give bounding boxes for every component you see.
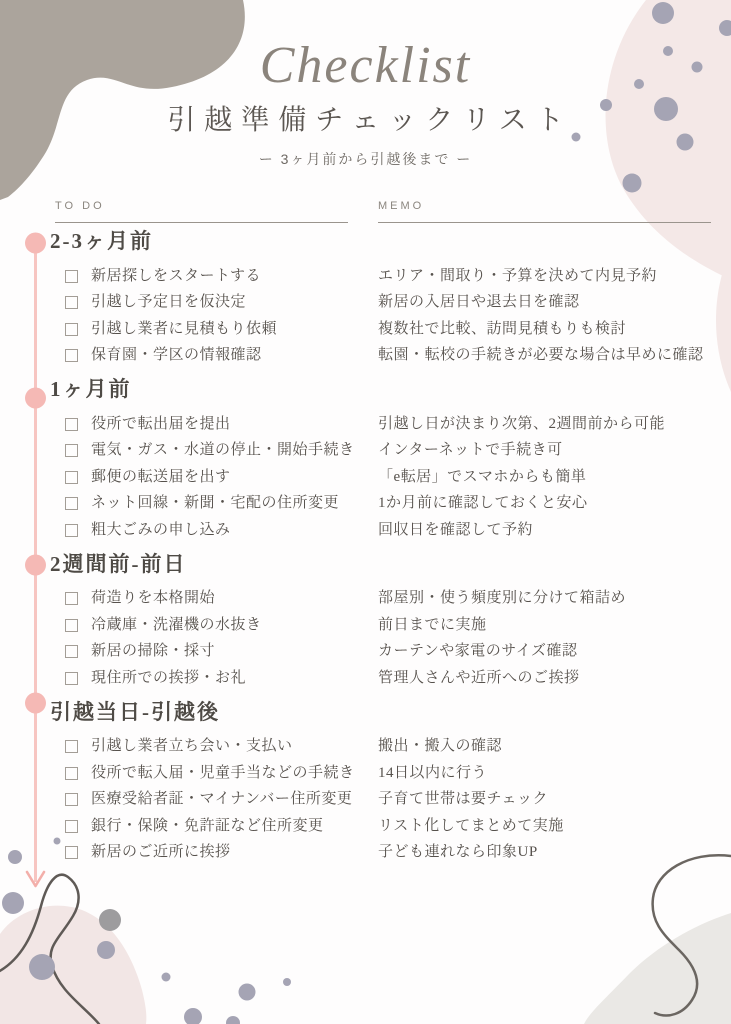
task-cell: 現住所での挨拶・お礼 [50,671,378,686]
item-task: 電気・ガス・水道の停止・開始手続き [91,443,355,458]
page-header: Checklist 引越準備チェックリスト ー 3ヶ月前から引越後まで ー [0,38,731,169]
item-task: 引越し業者に見積もり依頼 [91,322,277,337]
item-checkbox[interactable] [65,740,78,753]
item-memo: 新居の入居日や退去日を確認 [378,295,711,310]
item-task: 引越し予定日を仮決定 [91,295,246,310]
section-title: 引越当日-引越後 [50,700,711,724]
task-cell: 冷蔵庫・洗濯機の水抜き [50,618,378,633]
item-checkbox[interactable] [65,296,78,309]
item-memo: 部屋別・使う頻度別に分けて箱詰め [378,591,711,606]
task-cell: 引越し業者に見積もり依頼 [50,322,378,337]
section-title: 2週間前-前日 [50,552,711,576]
item-memo: 1か月前に確認しておくと安心 [378,496,711,511]
item-task: 新居のご近所に挨拶 [91,845,231,860]
section-rows: 新居探しをスタートする エリア・間取り・予算を決めて内見予約 引越し予定日を仮決… [50,263,711,369]
section-rows: 役所で転出届を提出 引越し日が決まり次第、2週間前から可能 電気・ガス・水道の停… [50,411,711,544]
item-task: 引越し業者立ち会い・支払い [91,739,293,754]
page-title: 引越準備チェックリスト [0,98,731,138]
task-cell: ネット回線・新聞・宅配の住所変更 [50,496,378,511]
item-checkbox[interactable] [65,270,78,283]
item-checkbox[interactable] [65,444,78,457]
section-rows: 引越し業者立ち会い・支払い 搬出・搬入の確認 役所で転入届・児童手当などの手続き… [50,734,711,867]
item-checkbox[interactable] [65,820,78,833]
item-memo: 引越し日が決まり次第、2週間前から可能 [378,417,711,432]
task-cell: 粗大ごみの申し込み [50,523,378,538]
item-task: 新居の掃除・採寸 [91,644,215,659]
checklist-row: 引越し予定日を仮決定 新居の入居日や退去日を確認 [50,290,711,317]
item-task: 医療受給者証・マイナンバー住所変更 [91,792,352,807]
task-cell: 役所で転入届・児童手当などの手続き [50,766,378,781]
item-task: 役所で転入届・児童手当などの手続き [91,766,355,781]
task-cell: 保育園・学区の情報確認 [50,348,378,363]
item-memo: 搬出・搬入の確認 [378,739,711,754]
item-task: 新居探しをスタートする [91,269,261,284]
item-checkbox[interactable] [65,619,78,632]
column-header-memo: MEMO [378,200,711,223]
item-memo: 前日までに実施 [378,618,711,633]
checklist-row: 現住所での挨拶・お礼 管理人さんや近所へのご挨拶 [50,665,711,692]
timeline-dot [25,555,46,576]
checklist-section: 引越当日-引越後 引越し業者立ち会い・支払い 搬出・搬入の確認 役所で転入届・児… [50,700,711,867]
task-cell: 新居の掃除・採寸 [50,644,378,659]
checklist-row: 新居探しをスタートする エリア・間取り・予算を決めて内見予約 [50,263,711,290]
checklist-section: 2週間前-前日 荷造りを本格開始 部屋別・使う頻度別に分けて箱詰め 冷蔵庫・洗濯… [50,552,711,692]
timeline-dot [25,233,46,254]
item-checkbox[interactable] [65,418,78,431]
item-checkbox[interactable] [65,672,78,685]
task-cell: 銀行・保険・免許証など住所変更 [50,819,378,834]
checklist-row: 新居の掃除・採寸 カーテンや家電のサイズ確認 [50,639,711,666]
sections: 2-3ヶ月前 新居探しをスタートする エリア・間取り・予算を決めて内見予約 引越… [50,229,711,874]
task-cell: 役所で転出届を提出 [50,417,378,432]
item-memo: 管理人さんや近所へのご挨拶 [378,671,711,686]
checklist-row: 電気・ガス・水道の停止・開始手続き インターネットで手続き可 [50,438,711,465]
checklist-row: 郵便の転送届を出す 「e転居」でスマホからも簡単 [50,464,711,491]
item-memo: エリア・間取り・予算を決めて内見予約 [378,269,711,284]
item-task: 役所で転出届を提出 [91,417,231,432]
section-title: 2-3ヶ月前 [50,229,711,253]
item-memo: 複数社で比較、訪問見積もりも検討 [378,322,711,337]
item-memo: リスト化してまとめて実施 [378,819,711,834]
item-task: 保育園・学区の情報確認 [91,348,262,363]
item-memo: 「e転居」でスマホからも簡単 [378,470,711,485]
blush-blob-bottom-left [0,906,146,1024]
item-task: 粗大ごみの申し込み [91,523,231,538]
item-memo: カーテンや家電のサイズ確認 [378,644,711,659]
item-checkbox[interactable] [65,846,78,859]
checklist-row: 新居のご近所に挨拶 子ども連れなら印象UP [50,840,711,867]
task-cell: 引越し業者立ち会い・支払い [50,739,378,754]
task-cell: 新居のご近所に挨拶 [50,845,378,860]
item-checkbox[interactable] [65,471,78,484]
checklist-row: 荷造りを本格開始 部屋別・使う頻度別に分けて箱詰め [50,586,711,613]
item-memo: 子育て世帯は要チェック [378,792,711,807]
item-checkbox[interactable] [65,497,78,510]
task-cell: 荷造りを本格開始 [50,591,378,606]
item-checkbox[interactable] [65,645,78,658]
item-task: ネット回線・新聞・宅配の住所変更 [91,496,339,511]
task-cell: 電気・ガス・水道の停止・開始手続き [50,443,378,458]
item-memo: インターネットで手続き可 [378,443,711,458]
page-subtitle: ー 3ヶ月前から引越後まで ー [0,149,731,169]
task-cell: 郵便の転送届を出す [50,470,378,485]
item-checkbox[interactable] [65,767,78,780]
timeline-dot [25,388,46,409]
item-checkbox[interactable] [65,793,78,806]
task-cell: 引越し予定日を仮決定 [50,295,378,310]
timeline [25,233,46,887]
item-task: 銀行・保険・免許証など住所変更 [91,819,324,834]
checklist-row: 冷蔵庫・洗濯機の水抜き 前日までに実施 [50,612,711,639]
section-rows: 荷造りを本格開始 部屋別・使う頻度別に分けて箱詰め 冷蔵庫・洗濯機の水抜き 前日… [50,586,711,692]
checklist-row: 役所で転出届を提出 引越し日が決まり次第、2週間前から可能 [50,411,711,438]
timeline-dot [25,693,46,714]
column-header-todo: TO DO [55,200,348,223]
script-title: Checklist [0,38,731,94]
item-task: 荷造りを本格開始 [91,591,215,606]
checklist-row: 引越し業者に見積もり依頼 複数社で比較、訪問見積もりも検討 [50,316,711,343]
checklist-row: 粗大ごみの申し込み 回収日を確認して予約 [50,517,711,544]
checklist-row: 引越し業者立ち会い・支払い 搬出・搬入の確認 [50,734,711,761]
gray-blob-bottom-right [584,913,731,1024]
item-checkbox[interactable] [65,349,78,362]
item-task: 現住所での挨拶・お礼 [91,671,246,686]
section-title: 1ヶ月前 [50,377,711,401]
checklist-section: 1ヶ月前 役所で転出届を提出 引越し日が決まり次第、2週間前から可能 電気・ガス… [50,377,711,544]
checklist-section: 2-3ヶ月前 新居探しをスタートする エリア・間取り・予算を決めて内見予約 引越… [50,229,711,369]
task-cell: 医療受給者証・マイナンバー住所変更 [50,792,378,807]
task-cell: 新居探しをスタートする [50,269,378,284]
checklist-row: 医療受給者証・マイナンバー住所変更 子育て世帯は要チェック [50,787,711,814]
checklist-row: 役所で転入届・児童手当などの手続き 14日以内に行う [50,760,711,787]
item-checkbox[interactable] [65,592,78,605]
item-memo: 回収日を確認して予約 [378,523,711,538]
item-task: 郵便の転送届を出す [91,470,231,485]
checklist-page: Checklist 引越準備チェックリスト ー 3ヶ月前から引越後まで ー TO… [0,0,731,1024]
checklist-row: 保育園・学区の情報確認 転園・転校の手続きが必要な場合は早めに確認 [50,343,711,370]
item-memo: 子ども連れなら印象UP [378,845,711,860]
item-checkbox[interactable] [65,323,78,336]
item-checkbox[interactable] [65,524,78,537]
item-memo: 転園・転校の手続きが必要な場合は早めに確認 [378,348,711,363]
checklist-row: 銀行・保険・免許証など住所変更 リスト化してまとめて実施 [50,813,711,840]
item-memo: 14日以内に行う [378,766,711,781]
checklist-row: ネット回線・新聞・宅配の住所変更 1か月前に確認しておくと安心 [50,491,711,518]
item-task: 冷蔵庫・洗濯機の水抜き [91,618,262,633]
